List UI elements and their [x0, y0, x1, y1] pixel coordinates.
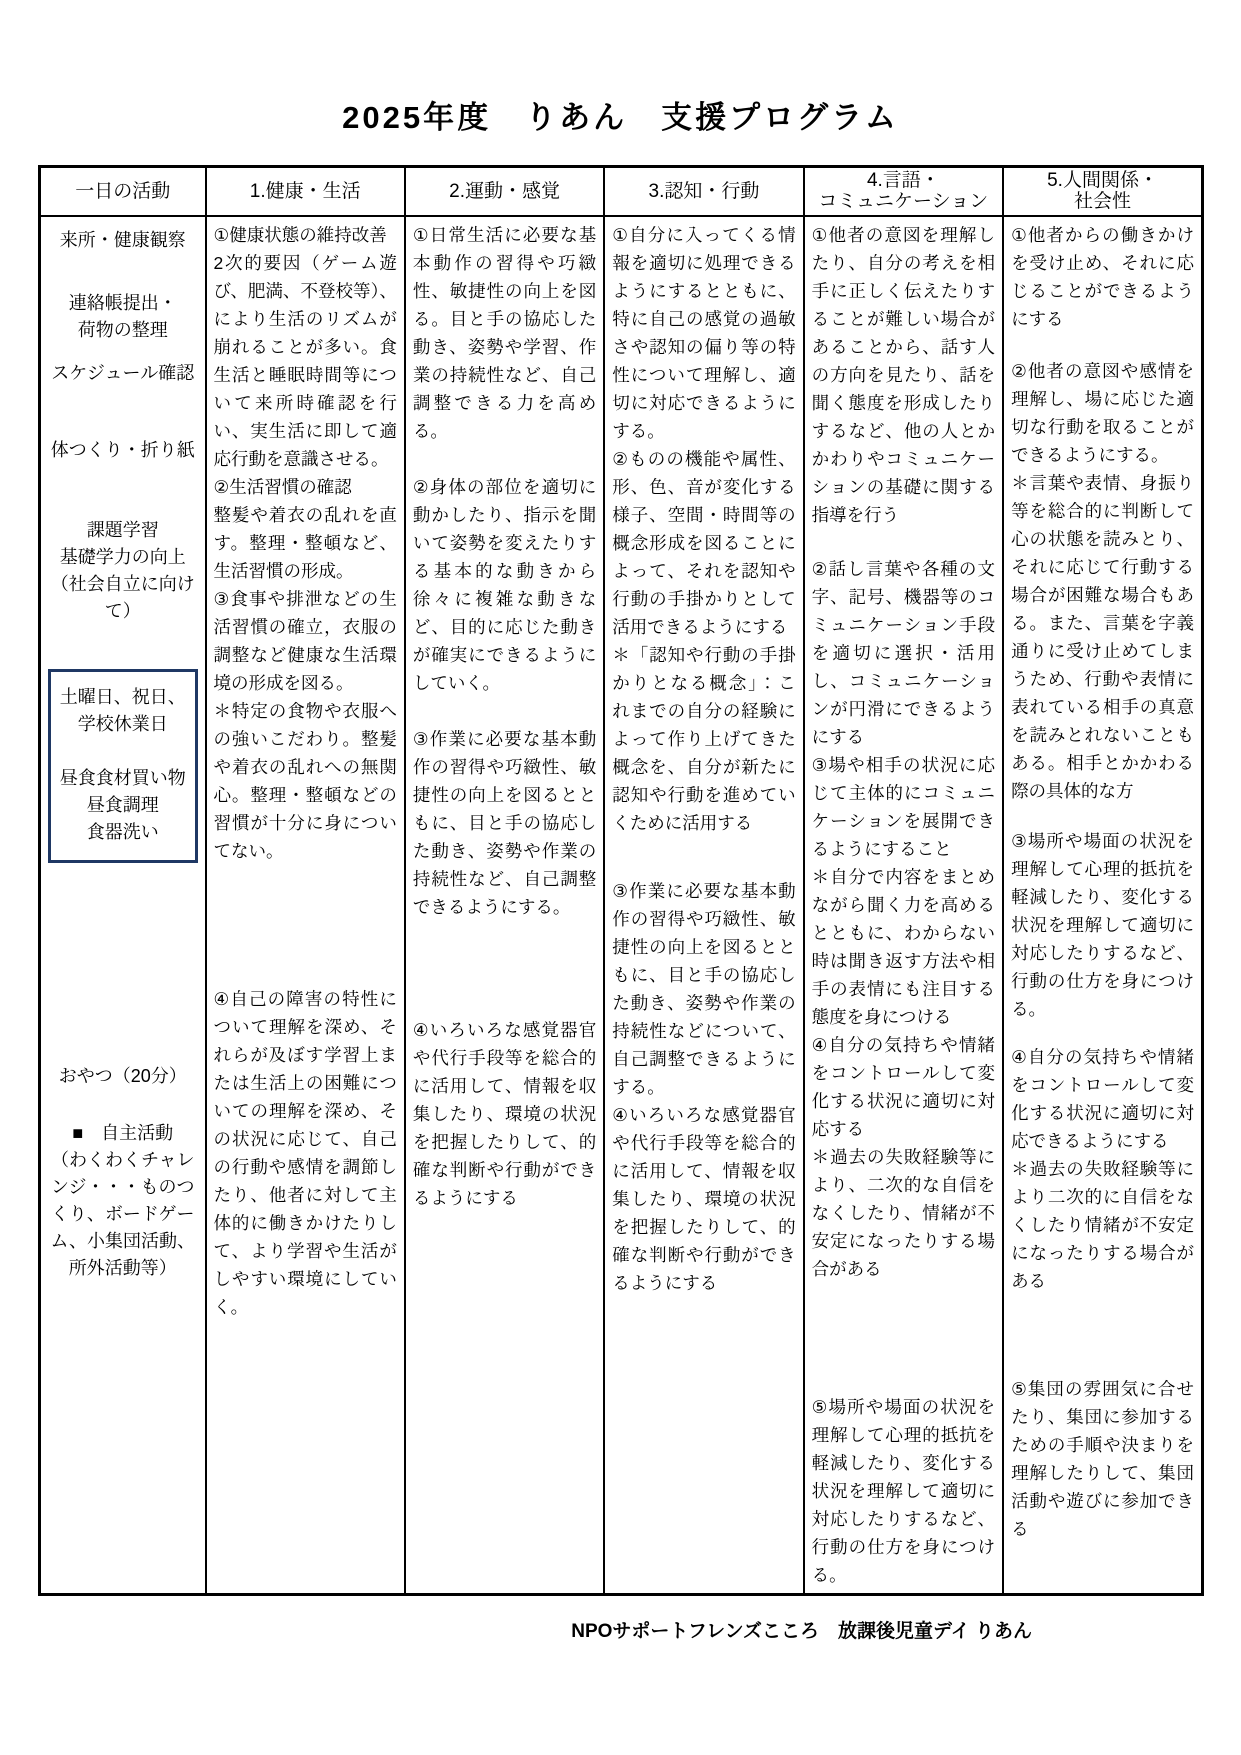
document-page: 2025年度 りあん 支援プログラム 一日の活動1.健康・生活2.運動・感覚3.… — [0, 0, 1241, 1755]
column-header-movement-sense: 2.運動・感覚 — [405, 167, 604, 216]
text-block: ③場所や場面の状況を理解して心理的抵抗を軽減したり、変化する状況を理解して適切に… — [1011, 827, 1194, 1023]
holiday-program-box: 土曜日、祝日、 学校休業日 昼食食材買い物 昼食調理 食器洗い — [48, 669, 198, 863]
column-cell-health-life: ①健康状態の維持改善 2次的要因（ゲーム遊び、肥満、不登校等）、により生活のリズ… — [206, 216, 405, 1595]
text-block: ③食事や排泄などの生活習慣の確立，衣服の調整など健康な生活環境の形成を図る。 ＊… — [214, 585, 397, 865]
text-block: ③場や相手の状況に応じて主体的にコミュニケーションを展開できるようにすること ＊… — [812, 751, 995, 1031]
support-program-table: 一日の活動1.健康・生活2.運動・感覚3.認知・行動4.言語・ コミュニケーショ… — [38, 165, 1204, 1596]
text-block: ①健康状態の維持改善 2次的要因（ゲーム遊び、肥満、不登校等）、により生活のリズ… — [214, 221, 397, 473]
table-header-row: 一日の活動1.健康・生活2.運動・感覚3.認知・行動4.言語・ コミュニケーショ… — [40, 167, 1203, 216]
text-block: ④いろいろな感覚器官や代行手段等を総合的に活用して、情報を収集したり、環境の状況… — [612, 1101, 795, 1297]
text-block: スケジュール確認 — [48, 360, 198, 387]
text-block: おやつ（20分） — [48, 1063, 198, 1090]
column-header-language-communication: 4.言語・ コミュニケーション — [804, 167, 1003, 216]
organization-footer: NPOサポートフレンズこころ 放課後児童デイ りあん — [0, 1616, 1204, 1643]
text-block: ②話し言葉や各種の文字、記号、機器等のコミュニケーション手段を適切に選択・活用し… — [812, 555, 995, 751]
text-block: ③作業に必要な基本動作の習得や巧緻性、敏捷性の向上を図るとともに、目と手の協応し… — [612, 877, 795, 1101]
column-cell-daily-activities: 来所・健康観察連絡帳提出・ 荷物の整理スケジュール確認体つくり・折り紙課題学習 … — [40, 216, 206, 1595]
text-block: ③作業に必要な基本動作の習得や巧緻性、敏捷性の向上を図るとともに、目と手の協応し… — [413, 725, 596, 921]
text-block: ①日常生活に必要な基本動作の習得や巧緻性、敏捷性の向上を図る。目と手の協応した動… — [413, 221, 596, 445]
text-block: ②身体の部位を適切に動かしたり、指示を聞いて姿勢を変えたりする基本的な動きから徐… — [413, 473, 596, 697]
column-cell-relationships-sociality: ①他者からの働きかけを受け止め、それに応じることができるようにする②他者の意図や… — [1003, 216, 1202, 1595]
column-cell-cognition-behavior: ①自分に入ってくる情報を適切に処理できるようにするとともに、特に自己の感覚の過敏… — [604, 216, 803, 1595]
text-block: ②ものの機能や属性、形、色、音が変化する様子、空間・時間等の概念形成を図ることに… — [612, 445, 795, 837]
text-block: 体つくり・折り紙 — [48, 437, 198, 464]
text-block: ④自分の気持ちや情緒をコントロールして変化する状況に適切に対応できるようにする … — [1011, 1043, 1194, 1295]
text-block: ①他者からの働きかけを受け止め、それに応じることができるようにする — [1011, 221, 1194, 333]
text-block: 来所・健康観察 — [48, 227, 198, 254]
text-block: ①自分に入ってくる情報を適切に処理できるようにするとともに、特に自己の感覚の過敏… — [612, 221, 795, 445]
table-body-row: 来所・健康観察連絡帳提出・ 荷物の整理スケジュール確認体つくり・折り紙課題学習 … — [40, 216, 1203, 1595]
column-header-daily-activities: 一日の活動 — [40, 167, 206, 216]
text-block: ④いろいろな感覚器官や代行手段等を総合的に活用して、情報を収集したり、環境の状況… — [413, 1016, 596, 1212]
text-block: 課題学習 基礎学力の向上 （社会自立に向けて） — [48, 517, 198, 625]
text-block: ②他者の意図や感情を理解し、場に応じた適切な行動を取ることができるようにする。 … — [1011, 357, 1194, 805]
text-block: ⑤集団の雰囲気に合せたり、集団に参加するための手順や決まりを理解したりして、集団… — [1011, 1375, 1194, 1543]
text-block: 連絡帳提出・ 荷物の整理 — [48, 290, 198, 344]
text-block: ④自己の障害の特性について理解を深め、それらが及ぼす学習上または生活上の困難につ… — [214, 985, 397, 1321]
text-block: ①他者の意図を理解したり、自分の考えを相手に正しく伝えたりすることが難しい場合が… — [812, 221, 995, 529]
text-block: ④自分の気持ちや情緒をコントロールして変化する状況に適切に対応する ＊過去の失敗… — [812, 1031, 995, 1283]
column-header-cognition-behavior: 3.認知・行動 — [604, 167, 803, 216]
column-header-health-life: 1.健康・生活 — [206, 167, 405, 216]
text-block: ■ 自主活動 （わくわくチャレンジ・・・ものつくり、ボードゲーム、小集団活動、所… — [48, 1120, 198, 1282]
column-cell-movement-sense: ①日常生活に必要な基本動作の習得や巧緻性、敏捷性の向上を図る。目と手の協応した動… — [405, 216, 604, 1595]
text-block: ⑤場所や場面の状況を理解して心理的抵抗を軽減したり、変化する状況を理解して適切に… — [812, 1393, 995, 1589]
page-title: 2025年度 りあん 支援プログラム — [0, 0, 1241, 137]
text-block: ②生活習慣の確認 整髪や着衣の乱れを直す。整理・整頓など、生活習慣の形成。 — [214, 473, 397, 585]
column-cell-language-communication: ①他者の意図を理解したり、自分の考えを相手に正しく伝えたりすることが難しい場合が… — [804, 216, 1003, 1595]
column-header-relationships-sociality: 5.人間関係・ 社会性 — [1003, 167, 1202, 216]
